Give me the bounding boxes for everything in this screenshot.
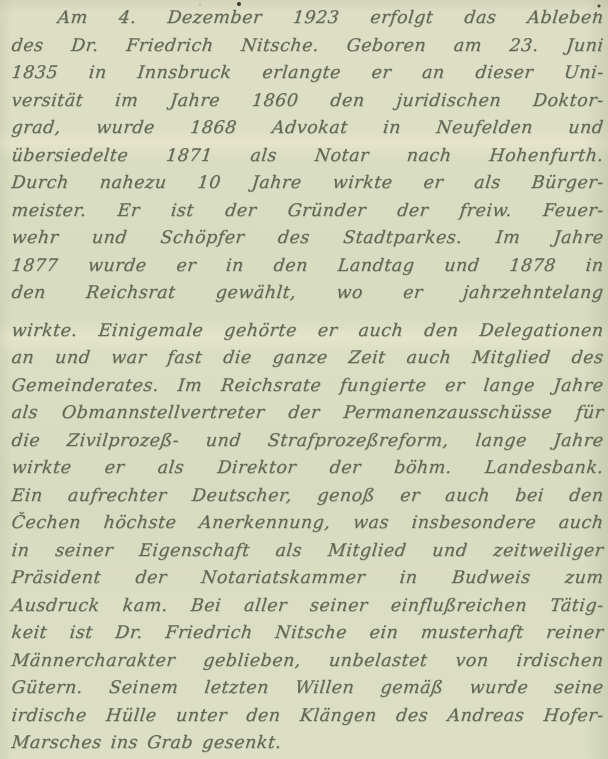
handwritten-line: Durch nahezu 10 Jahre wirkte er als Bürg…	[10, 170, 605, 198]
handwritten-line: 1877 wurde er in den Landtag und 1878 in	[10, 253, 605, 281]
handwritten-line: Marsches ins Grab gesenkt.	[10, 730, 605, 758]
handwritten-line: 1835 in Innsbruck erlangte er an dieser …	[10, 60, 605, 88]
handwritten-line: die Zivilprozeß- und Strafprozeßreform, …	[10, 428, 605, 456]
handwritten-line: den Reichsrat gewählt, wo er jahrzehntel…	[10, 280, 605, 308]
handwritten-line: übersiedelte 1871 als Notar nach Hohenfu…	[10, 143, 605, 171]
handwritten-line: wirkte. Einigemale gehörte er auch den D…	[10, 318, 605, 346]
handwritten-line: Gütern. Seinem letzten Willen gemäß wurd…	[10, 675, 605, 703]
handwritten-line: wirkte er als Direktor der böhm. Landesb…	[10, 455, 605, 483]
handwritten-line: Männercharakter geblieben, unbelastet vo…	[10, 648, 605, 676]
handwritten-line: meister. Er ist der Gründer der freiw. F…	[10, 198, 605, 226]
handwritten-line: an und war fast die ganze Zeit auch Mitg…	[10, 345, 605, 373]
handwritten-line: keit ist Dr. Friedrich Nitsche ein muste…	[10, 620, 605, 648]
handwritten-line: Čechen höchste Anerkennung, was insbeson…	[10, 510, 605, 538]
handwritten-line: Präsident der Notariatskammer in Budweis…	[10, 565, 605, 593]
handwritten-line: grad, wurde 1868 Advokat in Neufelden un…	[10, 115, 605, 143]
handwritten-line: Ausdruck kam. Bei aller seiner einflußre…	[10, 593, 605, 621]
handwritten-line: Am 4. Dezember 1923 erfolgt das Ableben	[10, 5, 605, 33]
handwritten-text-block: Am 4. Dezember 1923 erfolgt das Ableben …	[10, 5, 602, 758]
handwritten-line: in seiner Eigenschaft als Mitglied und z…	[10, 538, 605, 566]
handwritten-line: irdische Hülle unter den Klängen des And…	[10, 703, 605, 731]
manuscript-page: Am 4. Dezember 1923 erfolgt das Ableben …	[0, 0, 608, 759]
handwritten-line: wehr und Schöpfer des Stadtparkes. Im Ja…	[10, 225, 605, 253]
handwritten-line: Gemeinderates. Im Reichsrate fungierte e…	[10, 373, 605, 401]
handwritten-line: des Dr. Friedrich Nitsche. Geboren am 23…	[10, 33, 605, 61]
handwritten-line: versität im Jahre 1860 den juridischen D…	[10, 88, 605, 116]
handwritten-line: Ein aufrechter Deutscher, genoß er auch …	[10, 483, 605, 511]
handwritten-line: als Obmannstellvertreter der Permanenzau…	[10, 400, 605, 428]
